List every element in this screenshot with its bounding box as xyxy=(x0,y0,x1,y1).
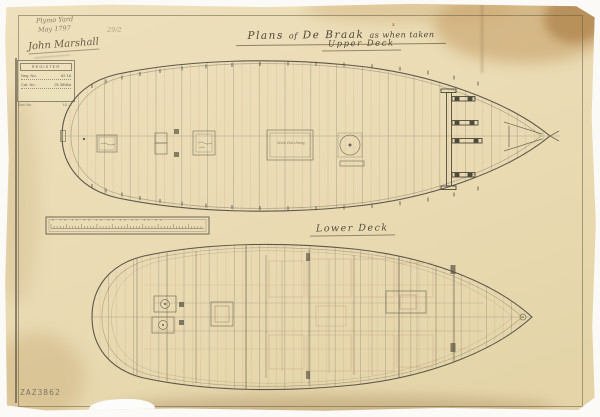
scale-numbers: 5 10 15 20 25 30 35 40 45 50 xyxy=(52,218,206,222)
upper-deck-plan xyxy=(61,59,561,213)
lower-deck-label: Lower Deck xyxy=(310,222,395,236)
deck-plans-drawing xyxy=(4,3,600,417)
lower-deck-plan xyxy=(92,240,532,394)
riding-bitts xyxy=(441,89,482,190)
upper-deck-fittings xyxy=(61,129,365,166)
scanned-sheet-page: Plymo Yard May 1797 John Marshall 29/2 P… xyxy=(0,0,600,417)
ship-plan-sheet: Plymo Yard May 1797 John Marshall 29/2 P… xyxy=(4,3,597,412)
reference-number: ZAZ3862 xyxy=(20,388,61,397)
lower-deck-fittings xyxy=(152,253,526,379)
bow-structure xyxy=(504,122,559,151)
storeroom-grid xyxy=(269,259,433,371)
main-hatchway-label: Main Hatchway xyxy=(269,141,313,145)
